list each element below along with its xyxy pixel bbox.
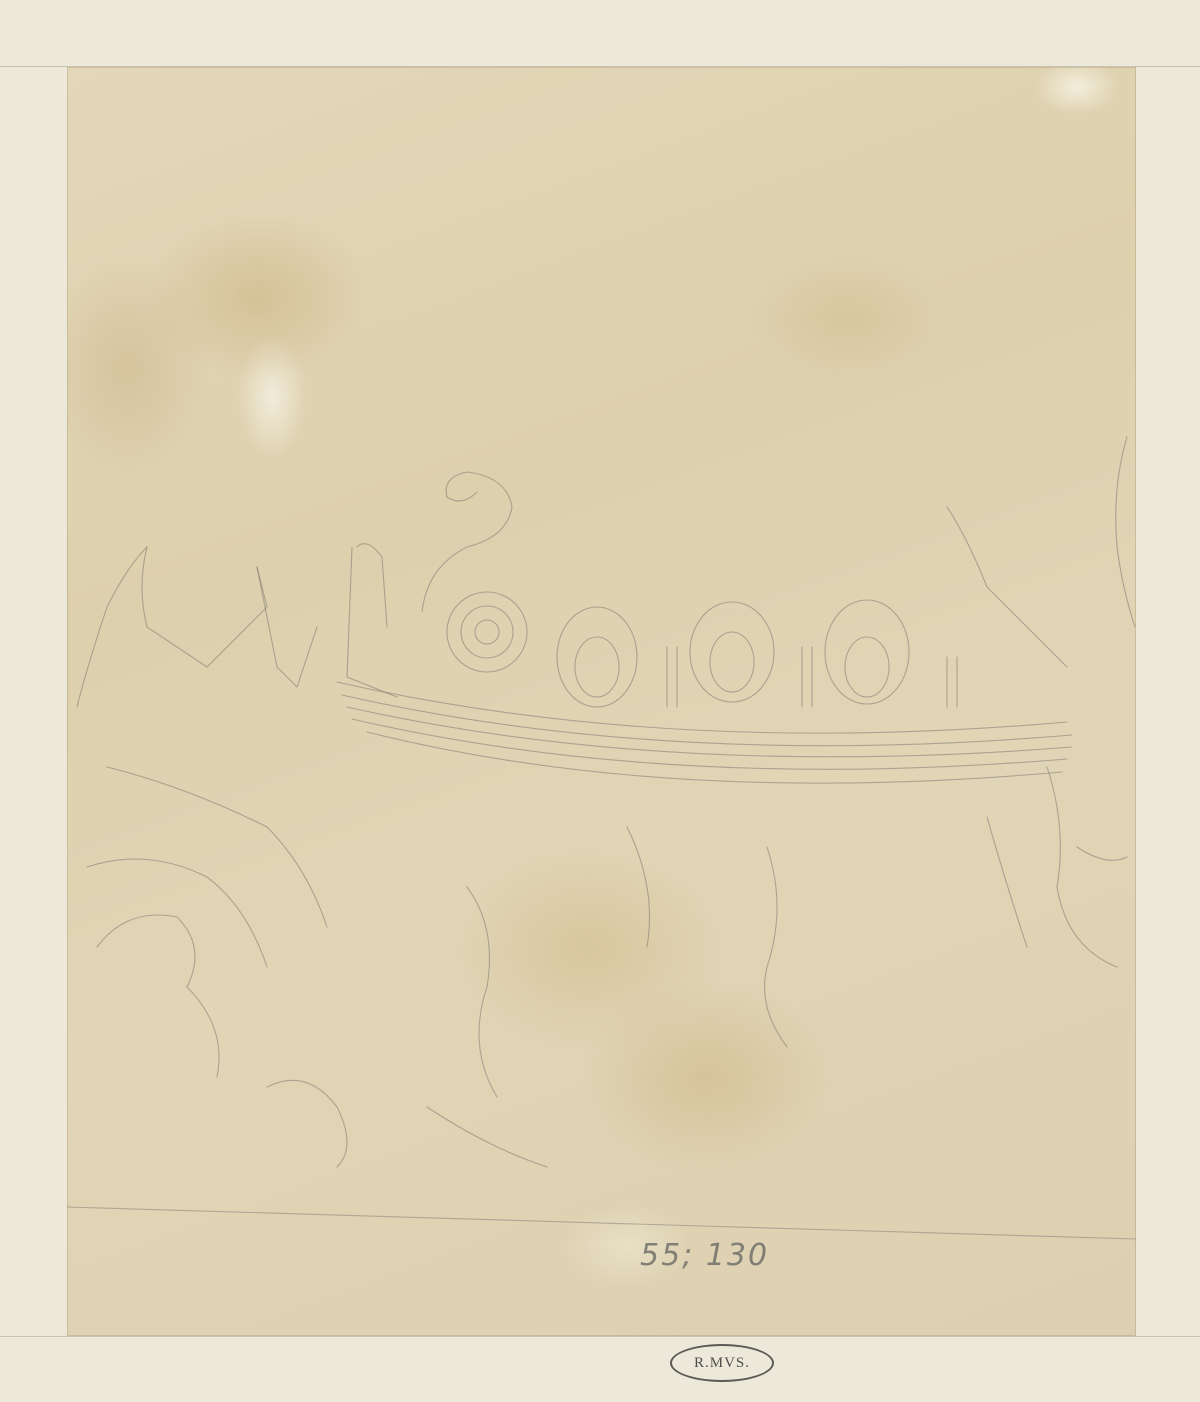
mount-edge-bottom [0, 1336, 1200, 1337]
inventory-number: 55; 130 [640, 1238, 769, 1273]
collection-stamp: R.MVS. [670, 1344, 774, 1382]
pencil-sketch [67, 67, 1136, 1336]
drawing-sheet [67, 67, 1136, 1336]
